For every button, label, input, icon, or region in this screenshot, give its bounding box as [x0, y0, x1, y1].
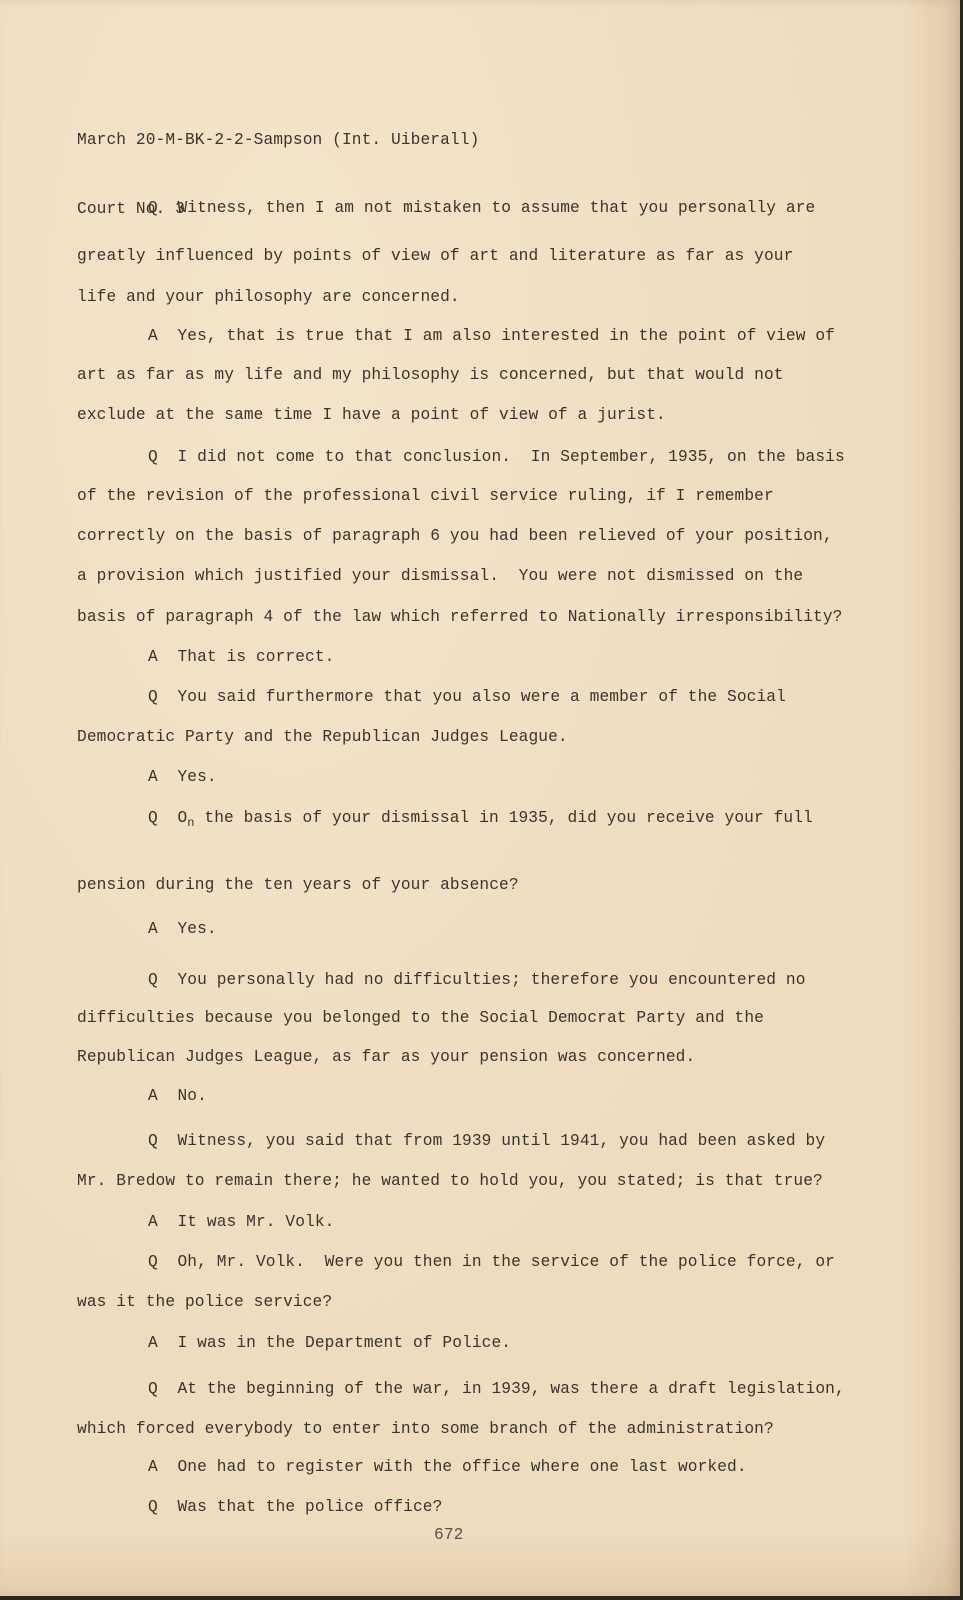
transcript-line: pension during the ten years of your abs…: [77, 870, 519, 900]
typo-subscript: n: [187, 816, 194, 830]
transcript-line: greatly influenced by points of view of …: [77, 241, 793, 271]
transcript-line: art as far as my life and my philosophy …: [77, 360, 784, 390]
question-line: Q You personally had no difficulties; th…: [148, 965, 806, 995]
transcript-line: correctly on the basis of paragraph 6 yo…: [77, 521, 833, 551]
transcript-line: life and your philosophy are concerned.: [77, 282, 460, 312]
answer-line: A Yes, that is true that I am also inter…: [148, 321, 835, 351]
question-line: Q At the beginning of the war, in 1939, …: [148, 1374, 845, 1404]
question-line: Q Oh, Mr. Volk. Were you then in the ser…: [148, 1247, 835, 1277]
question-line: Q Was that the police office?: [148, 1492, 442, 1522]
answer-line: A I was in the Department of Police.: [148, 1328, 511, 1358]
page-number: 672: [434, 1524, 463, 1546]
header-case-reference: March 20-M-BK-2-2-Sampson (Int. Uiberall…: [77, 129, 479, 152]
question-line: Q On the basis of your dismissal in 1935…: [148, 803, 813, 833]
answer-line: A It was Mr. Volk.: [148, 1207, 334, 1237]
answer-line: A Yes.: [148, 914, 217, 944]
question-line: Q You said furthermore that you also wer…: [148, 682, 786, 712]
transcript-line: basis of paragraph 4 of the law which re…: [77, 602, 843, 632]
answer-line: A Yes.: [148, 762, 217, 792]
document-header: March 20-M-BK-2-2-Sampson (Int. Uiberall…: [77, 83, 479, 267]
question-line: Q Witness, then I am not mistaken to ass…: [148, 193, 815, 223]
document-page: March 20-M-BK-2-2-Sampson (Int. Uiberall…: [0, 0, 960, 1596]
transcript-line: exclude at the same time I have a point …: [77, 400, 666, 430]
answer-line: A That is correct.: [148, 642, 334, 672]
question-prefix: Q O: [148, 809, 187, 827]
transcript-line: difficulties because you belonged to the…: [77, 1003, 764, 1033]
question-line: Q Witness, you said that from 1939 until…: [148, 1126, 825, 1156]
transcript-line: a provision which justified your dismiss…: [77, 561, 803, 591]
question-line: Q I did not come to that conclusion. In …: [148, 442, 845, 472]
transcript-line: Democratic Party and the Republican Judg…: [77, 722, 568, 752]
answer-line: A One had to register with the office wh…: [148, 1452, 747, 1482]
transcript-line: which forced everybody to enter into som…: [77, 1414, 774, 1444]
transcript-line: of the revision of the professional civi…: [77, 481, 774, 511]
transcript-line: Republican Judges League, as far as your…: [77, 1042, 695, 1072]
transcript-line: was it the police service?: [77, 1287, 332, 1317]
transcript-line: Mr. Bredow to remain there; he wanted to…: [77, 1166, 823, 1196]
answer-line: A No.: [148, 1081, 207, 1111]
question-text: the basis of your dismissal in 1935, did…: [195, 809, 813, 827]
